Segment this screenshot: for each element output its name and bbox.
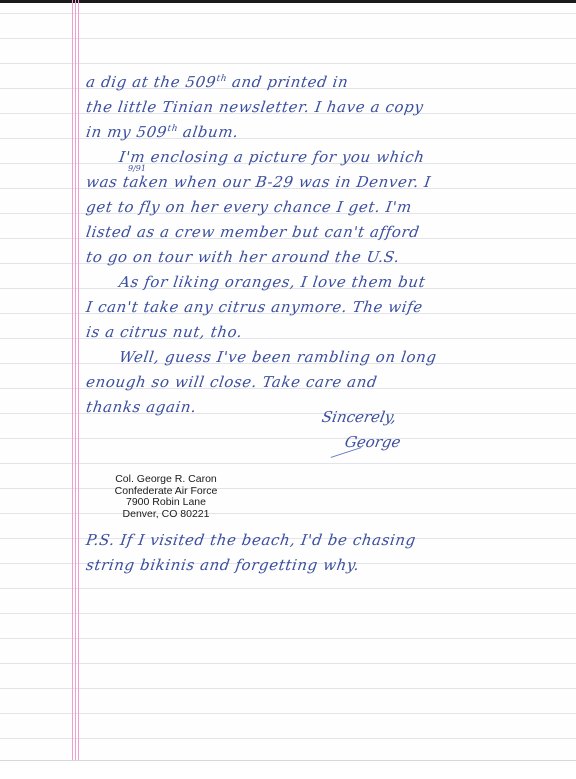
letter-line: to go on tour with her around the U.S. [85,248,401,266]
postscript-line: string bikinis and forgetting why. [85,556,361,574]
ruled-line [0,63,576,64]
letter-line: I can't take any citrus anymore. The wif… [85,298,424,316]
letter-line: As for liking oranges, I love them but [118,273,427,291]
margin-line [78,0,79,760]
postscript-line: P.S. If I visited the beach, I'd be chas… [85,531,417,549]
stamp-street: 7900 Robin Lane [112,497,220,509]
ruled-line [0,513,576,514]
stamp-city: Denver, CO 80221 [112,509,220,521]
letter-line: a dig at the 509th and printed in [85,73,350,91]
ruled-line [0,738,576,739]
scan-top-edge [0,0,576,3]
ruled-line [0,463,576,464]
letter-line: listed as a crew member but can't afford [85,223,421,241]
ruled-line [0,688,576,689]
torn-paper-edge [0,760,576,779]
ruled-line [0,713,576,714]
margin-line [75,0,76,760]
ruled-line [0,13,576,14]
letter-line: enough so will close. Take care and [85,373,379,391]
letter-line: the little Tinian newsletter. I have a c… [85,98,425,116]
signature: George [343,433,402,451]
letter-page: a dig at the 509th and printed in the li… [0,0,576,779]
date-annotation: 9/91 [128,164,146,173]
ruled-line [0,663,576,664]
letter-line: is a citrus nut, tho. [85,323,244,341]
ruled-line [0,438,576,439]
ruled-line [0,588,576,589]
ruled-line [0,488,576,489]
ruled-line [0,638,576,639]
letter-line: Well, guess I've been rambling on long [118,348,438,366]
letter-line: was taken when our B-29 was in Denver. I [85,173,432,191]
ruled-line [0,613,576,614]
letter-line: in my 509th album. [85,123,240,141]
stamp-name: Col. George R. Caron [112,474,220,486]
letter-line: get to fly on her every chance I get. I'… [85,198,413,216]
letter-line: thanks again. [85,398,198,416]
closing: Sincerely, [320,408,397,426]
margin-line [72,0,73,760]
letter-line: I'm enclosing a picture for you which [118,148,426,166]
ruled-line [0,38,576,39]
address-stamp: Col. George R. Caron Confederate Air For… [112,474,220,520]
